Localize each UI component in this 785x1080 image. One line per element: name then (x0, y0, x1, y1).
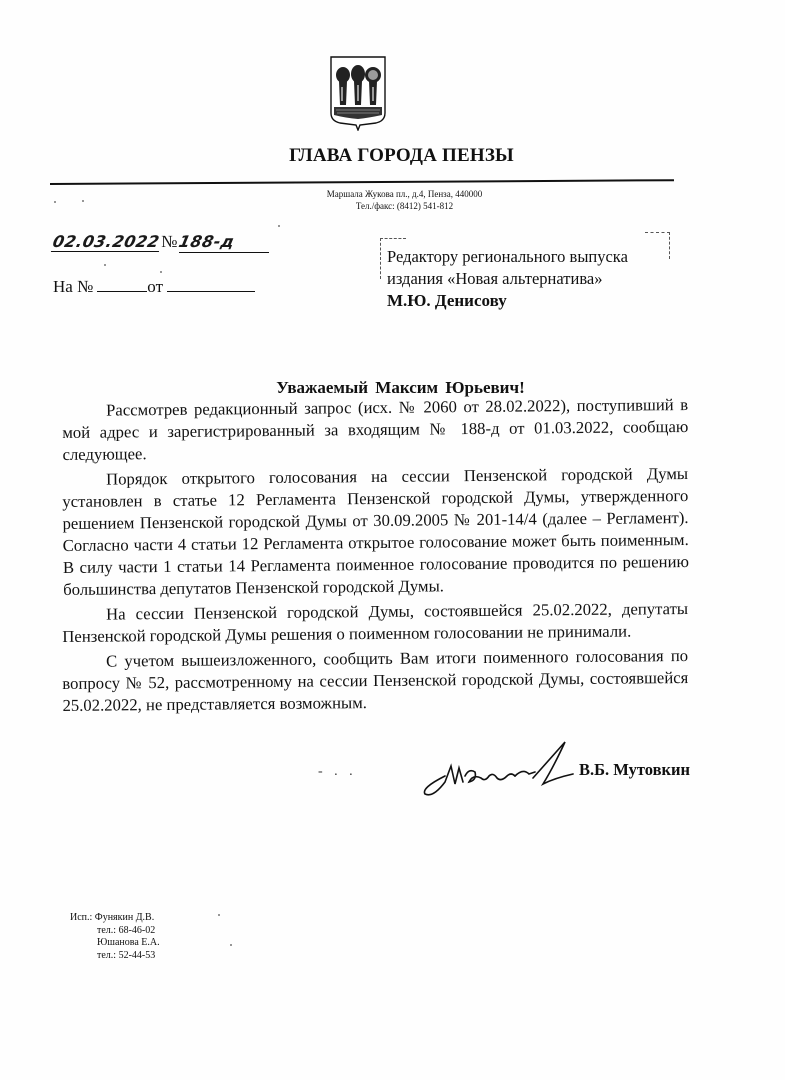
addressee-name: М.Ю. Денисову (387, 290, 628, 312)
reply-reference: На №от (53, 277, 255, 297)
handwritten-date: 02.03.2022 (51, 232, 163, 252)
addressee-line-2: издания «Новая альтернатива» (387, 268, 628, 290)
penza-coat-of-arms-icon (328, 55, 388, 131)
executor-name: Юшанова Е.А. (70, 937, 160, 950)
executor-phone: тел.: 68-46-02 (70, 925, 160, 938)
reply-number-label: На № (53, 277, 93, 296)
handwritten-signature-icon (415, 738, 580, 798)
executor-name: Фунякин Д.В. (95, 912, 154, 923)
organization-title: ГЛАВА ГОРОДА ПЕНЗЫ (0, 145, 785, 167)
header-divider (50, 179, 674, 185)
letter-page: ГЛАВА ГОРОДА ПЕНЗЫ Маршала Жукова пл., д… (0, 0, 785, 1080)
scan-speck (218, 914, 220, 916)
letter-body: Рассмотрев редакционный запрос (исх. № 2… (62, 400, 688, 717)
signer-name: В.Б. Мутовкин (579, 760, 690, 780)
body-paragraph: Рассмотрев редакционный запрос (исх. № 2… (62, 394, 689, 466)
scan-speck (82, 200, 84, 202)
phone-line: Тел./факс: (8412) 541-812 (24, 200, 785, 212)
scan-speck (160, 271, 162, 273)
executor-1-name-row: Исп.: Фунякин Д.В. (70, 912, 160, 925)
scan-speck (54, 201, 56, 203)
scan-speck (230, 944, 232, 946)
handwritten-number: 188-д (177, 232, 239, 251)
addressee-block: Редактору регионального выпуска издания … (387, 246, 628, 312)
addressee-line-1: Редактору регионального выпуска (387, 246, 628, 268)
address-line: Маршала Жукова пл., д.4, Пенза, 440000 (24, 188, 785, 200)
signature-dots: - . . (318, 764, 357, 780)
body-paragraph: На сессии Пензенской городской Думы, сос… (62, 598, 688, 648)
executors-block: Исп.: Фунякин Д.В. тел.: 68-46-02 Юшанов… (70, 912, 160, 962)
scan-speck (104, 264, 106, 266)
letterhead-address: Маршала Жукова пл., д.4, Пенза, 440000 Т… (0, 188, 785, 212)
reply-number-blank (97, 277, 147, 292)
executor-label: Исп.: (70, 912, 92, 923)
executor-phone: тел.: 52-44-53 (70, 950, 160, 963)
outgoing-registration: 02.03.2022№188-д (53, 232, 269, 253)
address-corner-mark-right (645, 232, 670, 259)
body-paragraph: Порядок открытого голосования на сессии … (62, 463, 689, 601)
number-label: № (161, 232, 177, 251)
reply-from-label: от (147, 277, 163, 296)
handwritten-number-field: 188-д (179, 232, 269, 253)
reply-date-blank (167, 277, 255, 292)
scan-speck (278, 225, 280, 227)
body-paragraph: С учетом вышеизложенного, сообщить Вам и… (62, 645, 689, 717)
